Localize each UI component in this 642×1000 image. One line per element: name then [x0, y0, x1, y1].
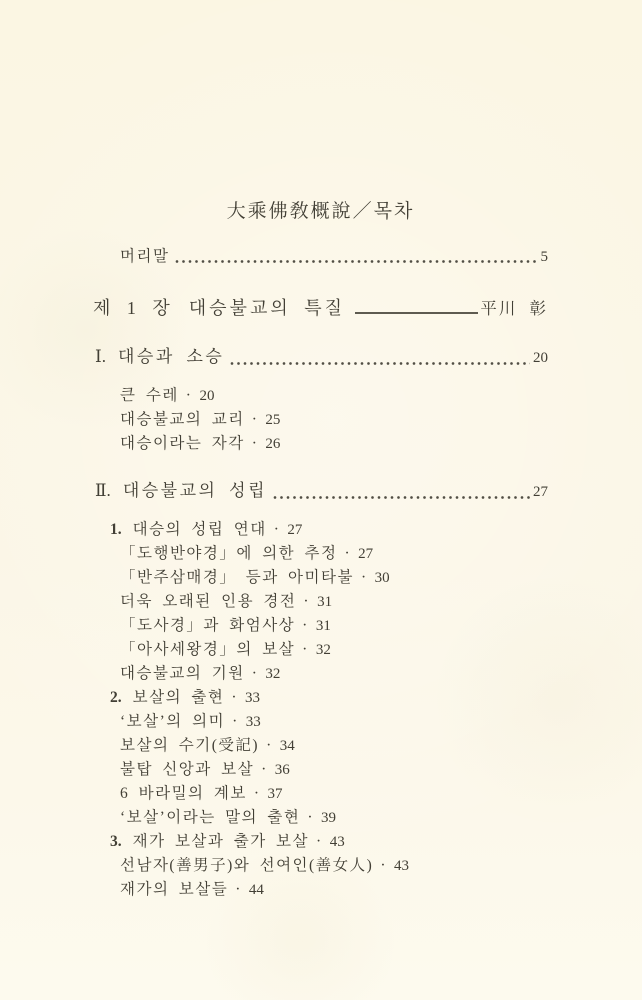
entry-page-number: 33 — [245, 686, 260, 710]
toc-row-detail: 보살의 수기(受記)·34 — [93, 734, 548, 758]
entry-separator: · — [252, 662, 259, 686]
entry-separator: · — [252, 432, 259, 456]
entry-page-number: 39 — [321, 806, 336, 830]
entry-page-number: 20 — [199, 384, 214, 408]
dotted-leader — [230, 360, 530, 367]
entry-title: 선남자(善男子)와 선여인(善女人) — [120, 854, 373, 878]
section-title: 대승불교의 성립 — [123, 478, 267, 504]
toc-row-detail: 「반주삼매경」 등과 아미타불·30 — [93, 566, 548, 590]
toc-row-detail: 「도행반야경」에 의한 추정·27 — [93, 542, 548, 566]
entry-separator: · — [361, 566, 368, 590]
entry-separator: · — [252, 408, 259, 432]
entry-page-number: 32 — [265, 662, 280, 686]
entry-title: ‘보살’의 의미 — [120, 710, 225, 734]
entry-page-number: 27 — [287, 518, 302, 542]
entry-title: 재가의 보살들 — [120, 878, 228, 902]
toc-row-sub: 3.재가 보살과 출가 보살·43 — [93, 830, 548, 854]
entry-title: 대승불교의 교리 — [120, 408, 245, 432]
entry-title: 「도행반야경」에 의한 추정 — [120, 542, 337, 566]
toc-row-detail: 「도사경」과 화엄사상·31 — [93, 614, 548, 638]
entry-title: 대승불교의 기원 — [120, 662, 245, 686]
entry-title: 「아사세왕경」의 보살 — [120, 638, 295, 662]
toc-list: Ⅰ.대승과 소승20큰 수레·20대승불교의 교리·25대승이라는 자각·26Ⅱ… — [93, 344, 548, 902]
toc-row-detail: 재가의 보살들·44 — [93, 878, 548, 902]
entry-separator: · — [302, 638, 309, 662]
entry-separator: · — [316, 830, 323, 854]
entry-separator: · — [254, 782, 261, 806]
frontmatter-label: 머리말 — [120, 246, 169, 268]
toc-row-detail: 「아사세왕경」의 보살·32 — [93, 638, 548, 662]
entry-separator: · — [231, 686, 238, 710]
toc-content: 大乘佛敎概說／목차 머리말 5 제 1 장 대승불교의 특질 平川 彰 Ⅰ.대승… — [0, 0, 642, 902]
entry-page-number: 27 — [358, 542, 373, 566]
entry-separator: · — [186, 384, 193, 408]
subsection-title: 대승의 성립 연대 — [133, 518, 267, 542]
entry-page-number: 43 — [394, 854, 409, 878]
chapter-heading: 제 1 장 대승불교의 특질 平川 彰 — [93, 294, 548, 322]
toc-row-detail: ‘보살’의 의미·33 — [93, 710, 548, 734]
entry-title: ‘보살’이라는 말의 출현 — [120, 806, 300, 830]
section-title: 대승과 소승 — [118, 344, 224, 370]
entry-title: 「도사경」과 화엄사상 — [120, 614, 295, 638]
subsection-number: 3. — [110, 830, 122, 854]
toc-row-detail: 대승이라는 자각·26 — [93, 432, 548, 456]
toc-row-detail: 불탑 신앙과 보살·36 — [93, 758, 548, 782]
entry-page-number: 27 — [533, 479, 548, 505]
entry-title: 불탑 신앙과 보살 — [120, 758, 254, 782]
toc-row-section: Ⅱ.대승불교의 성립27 — [93, 478, 548, 504]
toc-row-detail: 대승불교의 교리·25 — [93, 408, 548, 432]
entry-page-number: 20 — [533, 345, 548, 371]
entry-separator: · — [232, 710, 239, 734]
entry-page-number: 33 — [246, 710, 261, 734]
entry-page-number: 36 — [275, 758, 290, 782]
entry-title: 보살의 수기(受記) — [120, 734, 259, 758]
entry-page-number: 37 — [268, 782, 283, 806]
entry-title: 더욱 오래된 인용 경전 — [120, 590, 296, 614]
toc-row-section: Ⅰ.대승과 소승20 — [93, 344, 548, 370]
toc-row-detail: 대승불교의 기원·32 — [93, 662, 548, 686]
entry-separator: · — [344, 542, 351, 566]
toc-row-detail: 6 바라밀의 계보·37 — [93, 782, 548, 806]
toc-row-detail: ‘보살’이라는 말의 출현·39 — [93, 806, 548, 830]
entry-page-number: 25 — [265, 408, 280, 432]
entry-separator: · — [261, 758, 268, 782]
chapter-number: 제 1 장 — [93, 294, 173, 322]
entry-page-number: 26 — [265, 432, 280, 456]
entry-page-number: 30 — [375, 566, 390, 590]
entry-separator: · — [235, 878, 242, 902]
frontmatter-page-number: 5 — [541, 246, 549, 268]
subsection-number: 1. — [110, 518, 122, 542]
entry-separator: · — [307, 806, 314, 830]
entry-title: 큰 수레 — [120, 384, 179, 408]
entry-page-number: 34 — [280, 734, 295, 758]
entry-separator: · — [266, 734, 273, 758]
entry-separator: · — [302, 614, 309, 638]
book-page: 大乘佛敎概說／목차 머리말 5 제 1 장 대승불교의 특질 平川 彰 Ⅰ.대승… — [0, 0, 642, 1000]
entry-page-number: 31 — [317, 590, 332, 614]
entry-page-number: 44 — [249, 878, 264, 902]
entry-title: 대승이라는 자각 — [120, 432, 245, 456]
entry-page-number: 32 — [316, 638, 331, 662]
subsection-title: 재가 보살과 출가 보살 — [133, 830, 309, 854]
toc-frontmatter-row: 머리말 5 — [93, 246, 548, 268]
toc-row-detail: 큰 수레·20 — [93, 384, 548, 408]
toc-row-sub: 1.대승의 성립 연대·27 — [93, 518, 548, 542]
entry-page-number: 43 — [330, 830, 345, 854]
entry-title: 6 바라밀의 계보 — [120, 782, 247, 806]
page-title: 大乘佛敎概說／목차 — [93, 198, 548, 226]
entry-separator: · — [303, 590, 310, 614]
toc-row-sub: 2.보살의 출현·33 — [93, 686, 548, 710]
chapter-rule-line — [355, 312, 478, 314]
dotted-leader — [273, 494, 530, 501]
entry-title: 「반주삼매경」 등과 아미타불 — [120, 566, 354, 590]
entry-page-number: 31 — [316, 614, 331, 638]
subsection-number: 2. — [110, 686, 122, 710]
entry-separator: · — [274, 518, 281, 542]
chapter-title: 대승불교의 특질 — [189, 294, 345, 322]
toc-row-detail: 선남자(善男子)와 선여인(善女人)·43 — [93, 854, 548, 878]
subsection-title: 보살의 출현 — [133, 686, 225, 710]
section-numeral: Ⅱ. — [95, 478, 111, 504]
chapter-author: 平川 彰 — [480, 295, 548, 323]
toc-row-detail: 더욱 오래된 인용 경전·31 — [93, 590, 548, 614]
section-numeral: Ⅰ. — [95, 344, 106, 370]
dotted-leader — [175, 258, 537, 265]
entry-separator: · — [380, 854, 387, 878]
